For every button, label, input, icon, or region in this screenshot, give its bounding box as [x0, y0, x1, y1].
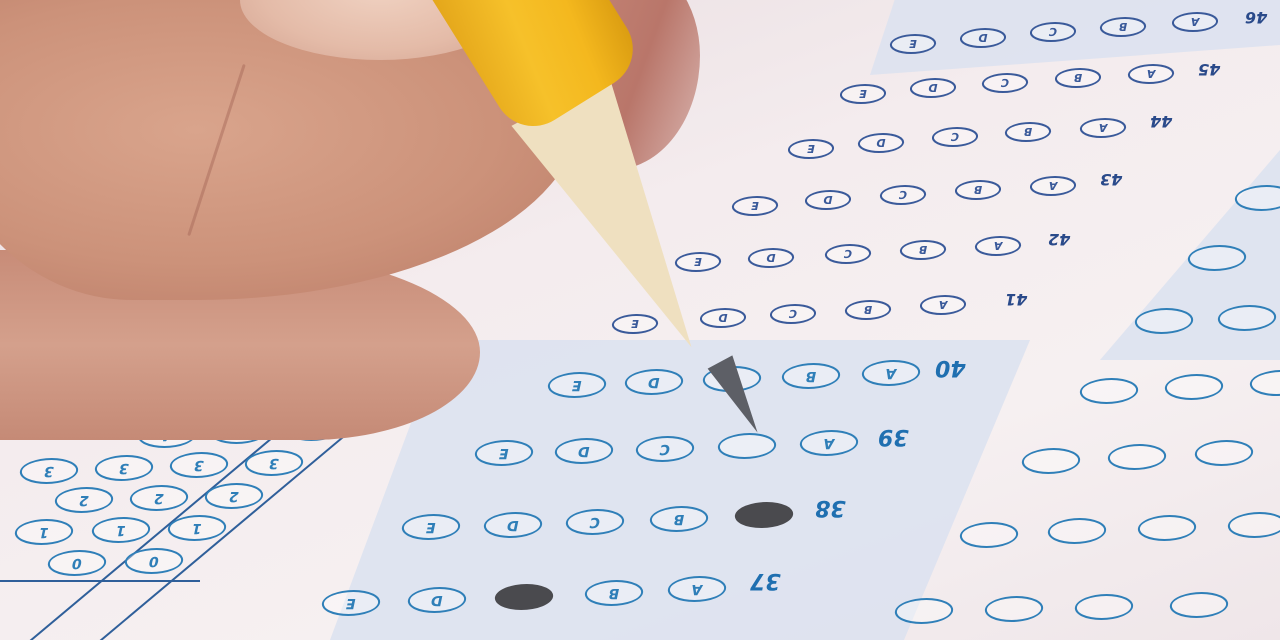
- question-number-40: 40: [935, 355, 966, 380]
- answer-sheet-photo: 37 A B C D E 38 A B C D E 39 A B C D E 4…: [0, 0, 1280, 640]
- question-number-39: 39: [878, 424, 909, 449]
- grid-rule: [0, 580, 200, 582]
- question-number-42: 42: [1048, 230, 1070, 249]
- question-number-46: 46: [1245, 8, 1267, 27]
- question-number-37: 37: [750, 568, 781, 593]
- question-number-41: 41: [1005, 290, 1027, 309]
- question-number-44: 44: [1150, 112, 1172, 131]
- question-number-38: 38: [815, 495, 846, 520]
- question-number-43: 43: [1100, 170, 1122, 189]
- question-number-45: 45: [1198, 60, 1220, 79]
